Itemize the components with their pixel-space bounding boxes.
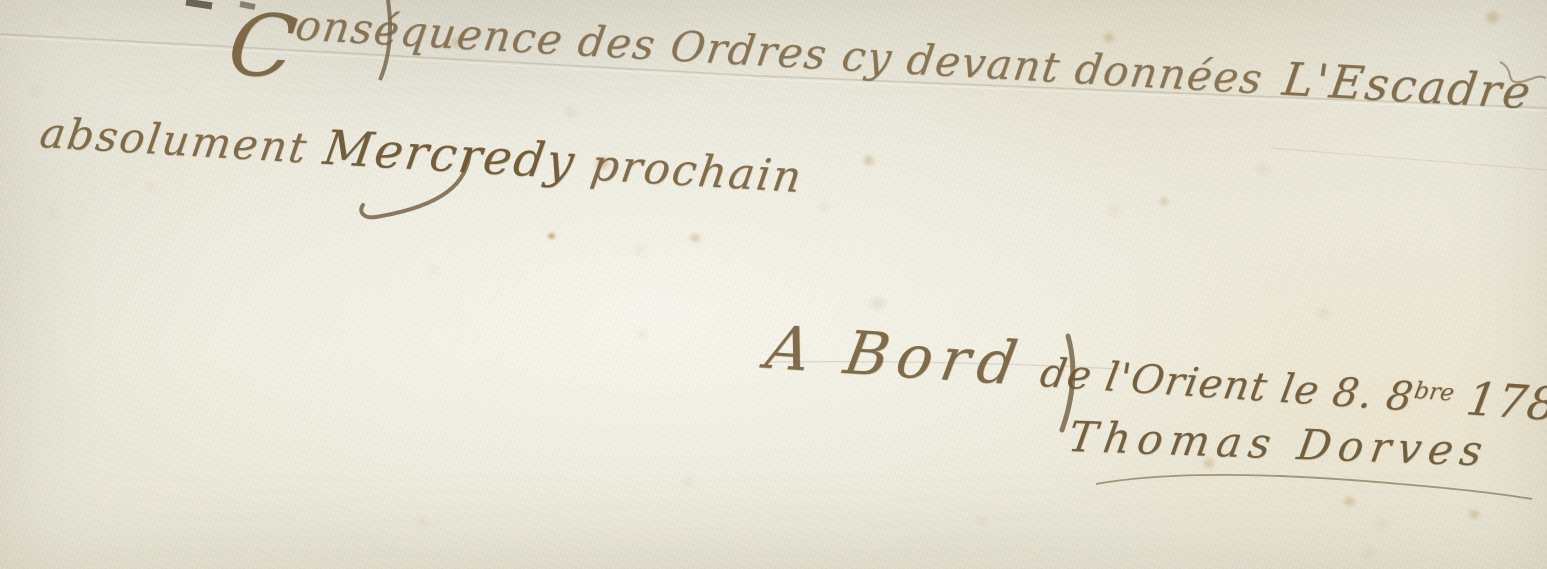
dateline-place: A Bord: [761, 313, 1030, 399]
foxing-spot: [690, 234, 700, 242]
dateline-year: 1780: [1463, 371, 1547, 433]
foxing-spot: [566, 108, 575, 116]
foxing-spot: [1377, 520, 1386, 528]
foxing-spot: [1318, 308, 1329, 317]
word-absolument: absolument: [37, 108, 312, 173]
line1-escadre-text: L'Escadre partira: [1279, 53, 1547, 130]
foxing-spot: [684, 478, 692, 485]
foxing-spot: [430, 267, 437, 273]
foxing-spot: [31, 88, 38, 94]
foxing-spot: [864, 156, 874, 165]
foxing-spot: [1160, 198, 1168, 205]
ink-smudge: [186, 2, 212, 6]
foxing-spot: [55, 18, 63, 25]
foxing-spot: [636, 247, 644, 254]
word-mercredy: Mercredy: [320, 121, 580, 191]
foxing-spot: [870, 298, 885, 309]
signature-underline-flourish: [1096, 475, 1532, 499]
signature-text: Thomas Dorves: [1065, 416, 1492, 472]
foxing-spot: [48, 210, 55, 216]
foxing-spot: [820, 204, 828, 211]
foxing-spot: [548, 233, 555, 239]
foxing-spot: [1104, 33, 1114, 42]
foxing-spot: [1258, 166, 1267, 174]
dateline-month-suffix: bre: [1412, 377, 1456, 406]
line1-opening-text: onséquence des Ordres cy devant données: [292, 1, 1266, 104]
word-prochain: prochain: [588, 140, 807, 203]
foxing-spot: [978, 518, 986, 525]
dateline-middle: de l'Orient le 8. 8: [1037, 350, 1417, 420]
foxing-spot: [418, 518, 426, 525]
manuscript-page: Conséquence des Ordres cy devant données…: [0, 0, 1547, 569]
foxing-spot: [1344, 497, 1355, 506]
foxing-spot: [1469, 510, 1479, 519]
foxing-spot: [638, 330, 646, 337]
foxing-spot: [1364, 549, 1373, 557]
foxing-spot: [148, 184, 154, 190]
foxing-spot: [1486, 12, 1499, 23]
foxing-spot: [1110, 206, 1119, 214]
